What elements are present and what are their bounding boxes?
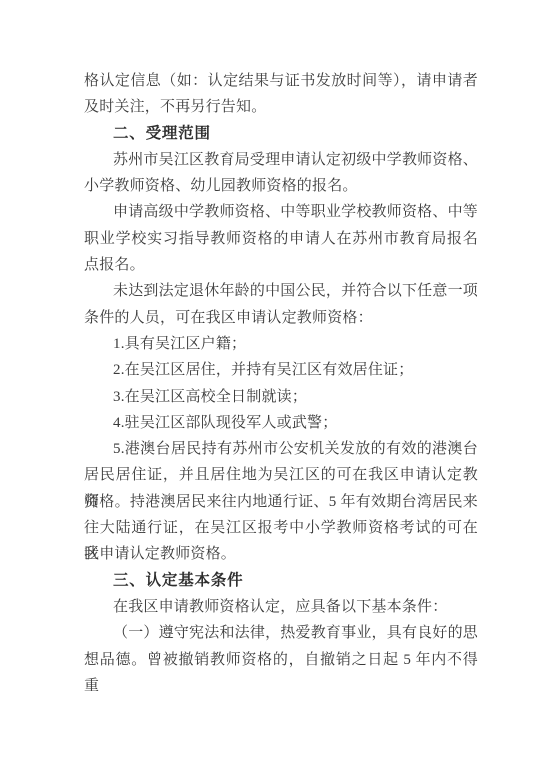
- doc-line: 想品德。曾被撤销教师资格的，自撤销之日起 5 年内不得重: [84, 647, 478, 673]
- doc-line: 职业学校实习指导教师资格的申请人在苏州市教育局报名: [84, 226, 478, 252]
- doc-line: 苏州市吴江区教育局受理申请认定初级中学教师资格、: [84, 147, 478, 173]
- doc-line: 申请高级中学教师资格、中等职业学校教师资格、中等: [84, 199, 478, 225]
- doc-line: （一）遵守宪法和法律，热爱教育事业，具有良好的思: [84, 620, 478, 646]
- doc-line: 往大陆通行证，在吴江区报考中小学教师资格考试的可在我: [84, 515, 478, 541]
- doc-line: 区申请认定教师资格。: [84, 541, 478, 567]
- doc-line: 及时关注，不再另行告知。: [84, 94, 478, 120]
- list-item: 2.在吴江区居住，并持有吴江区有效居住证；: [84, 357, 478, 383]
- list-item: 4.驻吴江区部队现役军人或武警；: [84, 410, 478, 436]
- doc-line: 格认定信息（如：认定结果与证书发放时间等），请申请者: [84, 68, 478, 94]
- list-item: 1.具有吴江区户籍；: [84, 331, 478, 357]
- doc-line: 在我区申请教师资格认定，应具备以下基本条件：: [84, 594, 478, 620]
- doc-line: 居民居住证，并且居住地为吴江区的可在我区申请认定教师: [84, 462, 478, 488]
- section-heading: 三、认定基本条件: [84, 568, 478, 594]
- doc-line: 点报名。: [84, 252, 478, 278]
- document-text-block: 格认定信息（如：认定结果与证书发放时间等），请申请者 及时关注，不再另行告知。 …: [84, 68, 478, 673]
- doc-line: 小学教师资格、幼儿园教师资格的报名。: [84, 173, 478, 199]
- doc-line: 未达到法定退休年龄的中国公民，并符合以下任意一项: [84, 278, 478, 304]
- document-page: 格认定信息（如：认定结果与证书发放时间等），请申请者 及时关注，不再另行告知。 …: [0, 0, 554, 784]
- section-heading: 二、受理范围: [84, 121, 478, 147]
- list-item: 5.港澳台居民持有苏州市公安机关发放的有效的港澳台: [84, 436, 478, 462]
- doc-line: 资格。持港澳居民来往内地通行证、5 年有效期台湾居民来: [84, 489, 478, 515]
- doc-line: 条件的人员，可在我区申请认定教师资格：: [84, 305, 478, 331]
- list-item: 3.在吴江区高校全日制就读；: [84, 384, 478, 410]
